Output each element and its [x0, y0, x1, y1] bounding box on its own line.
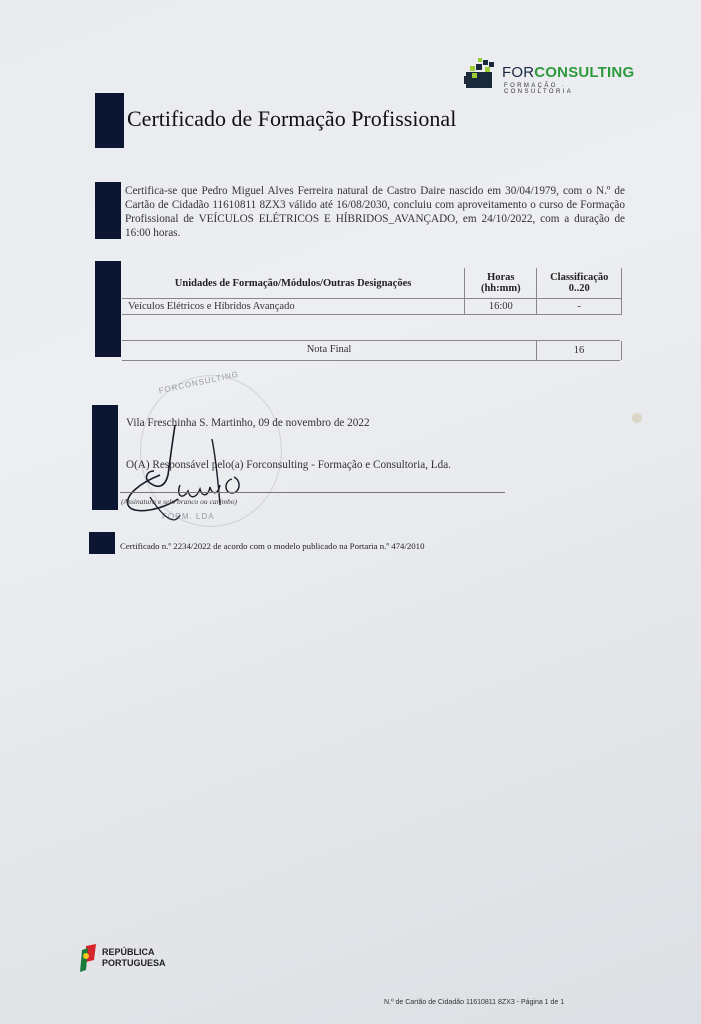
cell-grade: -	[537, 299, 622, 315]
handwritten-signature	[120, 425, 280, 525]
signature-note: (Assinatura e selo branco ou carimbo)	[121, 497, 237, 506]
cell-hours: 16:00	[465, 299, 537, 315]
final-grade-value: 16	[536, 341, 622, 360]
portuguese-republic-emblem-icon	[80, 944, 96, 972]
page-footer: N.º de Cartão de Cidadão 11610811 8ZX3 -…	[384, 999, 564, 1006]
header-hours: Horas (hh:mm)	[465, 268, 537, 299]
final-grade-row: Nota Final 16	[122, 340, 620, 361]
table-header-row: Unidades de Formação/Módulos/Outras Desi…	[122, 268, 622, 299]
table-accent-bar	[95, 261, 121, 357]
page-title: Certificado de Formação Profissional	[127, 106, 456, 132]
republic-line2: PORTUGUESA	[102, 958, 166, 968]
units-table: Unidades de Formação/Módulos/Outras Desi…	[122, 268, 622, 315]
cert-number-accent-bar	[89, 532, 115, 554]
logo-tagline: FORMAÇÃO · CONSULTORIA	[504, 83, 634, 95]
header-grade: Classificação 0..20	[537, 268, 622, 299]
signature-line	[120, 492, 505, 493]
certificate-number: Certificado n.º 2234/2022 de acordo com …	[120, 541, 424, 551]
header-units: Unidades de Formação/Módulos/Outras Desi…	[122, 268, 465, 299]
intro-accent-bar	[95, 182, 121, 239]
cell-unit: Veículos Elétricos e Híbridos Avançado	[122, 299, 465, 315]
title-accent-bar	[95, 93, 124, 148]
logo-wordmark: FORCONSULTING	[502, 64, 634, 81]
forconsulting-logo-icon	[464, 58, 498, 90]
paper-stain	[632, 413, 642, 423]
table-row: Veículos Elétricos e Híbridos Avançado 1…	[122, 299, 622, 315]
certification-statement: Certifica-se que Pedro Miguel Alves Ferr…	[125, 184, 625, 240]
republic-line1: REPÚBLICA	[102, 947, 155, 957]
final-grade-label: Nota Final	[122, 344, 536, 355]
signature-accent-bar	[92, 405, 118, 510]
forconsulting-logo: FORCONSULTING FORMAÇÃO · CONSULTORIA	[464, 58, 634, 94]
